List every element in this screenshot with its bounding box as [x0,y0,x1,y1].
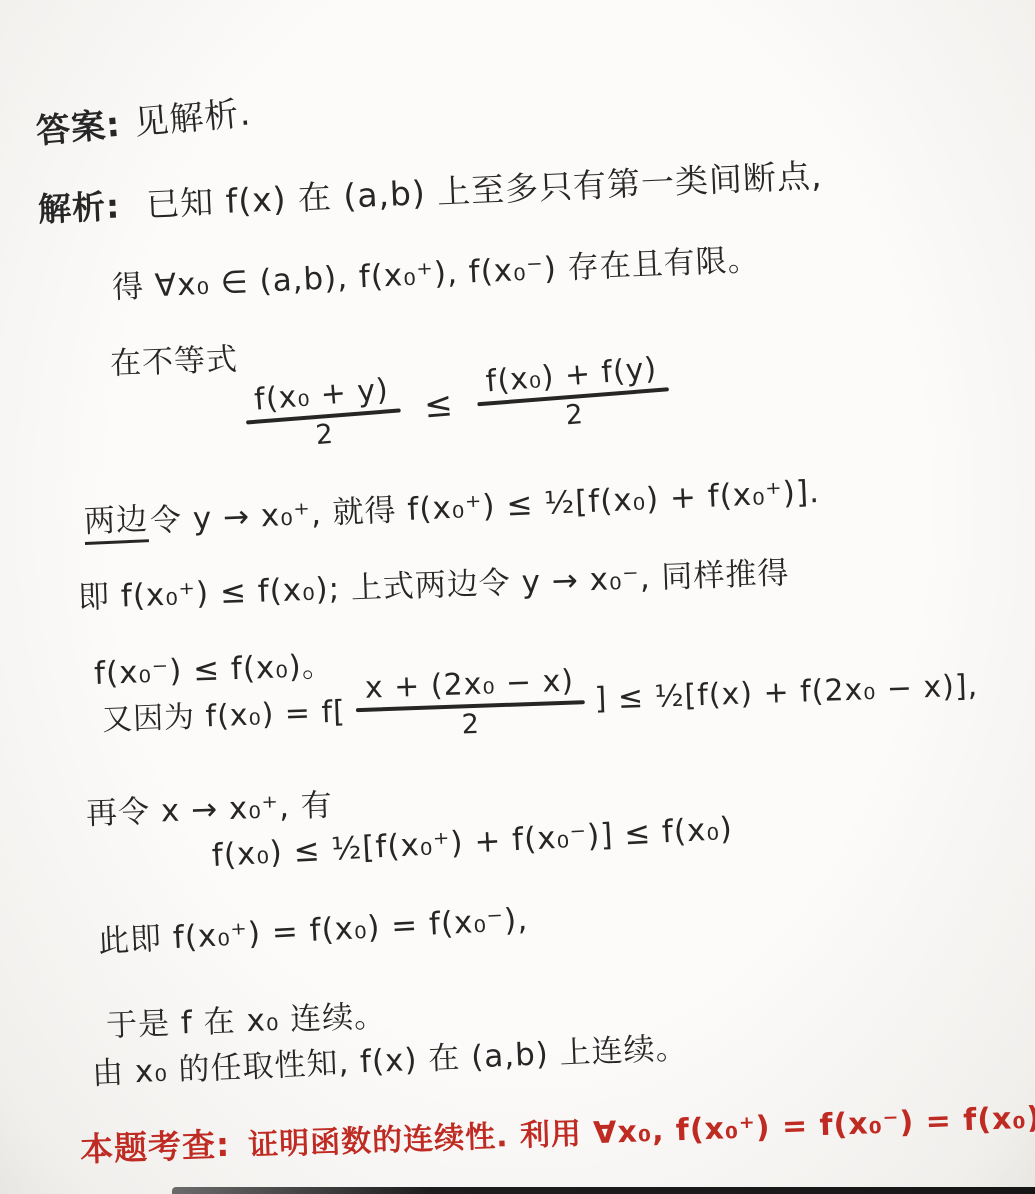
analysis-line-10: 此即 f(x₀⁺) = f(x₀) = f(x₀⁻), [97,894,529,961]
rhs-denominator: 2 [564,398,585,431]
analysis-line-2: 得 ∀x₀ ∈ (a,b), f(x₀⁺), f(x₀⁻) 存在且有限。 [111,234,760,307]
answer-label: 答案: [34,97,123,153]
lhs-fraction: f(x₀ + y) 2 [243,373,403,455]
analysis-line-4: 两边 令 y → x₀⁺, 就得 f(x₀⁺) ≤ ½[f(x₀) + f(x₀… [83,464,821,545]
review-note-text: 证明函数的连续性. 利用 ∀x₀, f(x₀⁺) = f(x₀⁻) = f(x₀… [247,1092,1035,1164]
midpoint-inequality: f(x₀ + y) 2 ≤ f(x₀) + f(y) 2 [237,352,677,456]
rhs-fraction: f(x₀) + f(y) 2 [475,352,672,437]
review-note-label: 本题考查: [79,1119,231,1171]
analysis-line-7-suffix: ] ≤ ½[f(x) + f(2x₀ − x)], [594,669,979,717]
analysis-line-8: 再令 x → x₀⁺, 有 [85,779,333,833]
answer-value: 见解析. [132,85,253,144]
analysis-line-1: 已知 f(x) 在 (a,b) 上至多只有第一类间断点, [145,150,823,226]
inner-denominator: 2 [461,707,480,739]
analysis-label: 解析: [37,180,121,231]
answer-line: 答案: 见解析. [34,85,253,153]
inner-fraction: x + (2x₀ − x) 2 [354,665,586,743]
analysis-line-4-rest: 令 y → x₀⁺, 就得 f(x₀⁺) ≤ ½[f(x₀) + f(x₀⁺)]… [149,466,821,540]
relation-sign: ≤ [423,384,456,426]
analysis-line-3: 在不等式 [109,334,238,383]
review-note: 本题考查: 证明函数的连续性. 利用 ∀x₀, f(x₀⁺) = f(x₀⁻) … [79,1090,1035,1171]
analysis-line-5: 即 f(x₀⁺) ≤ f(x₀); 上式两边令 y → x₀⁻, 同样推得 [77,547,790,617]
analysis-line-7-prefix: 又因为 f(x₀) = f[ [101,686,346,738]
lhs-denominator: 2 [314,417,335,450]
photo-bottom-edge [172,1187,1035,1194]
analysis-line-4-underlined: 两边 [83,493,149,545]
analysis-heading-line: 解析: 已知 f(x) 在 (a,b) 上至多只有第一类间断点, [37,150,823,231]
